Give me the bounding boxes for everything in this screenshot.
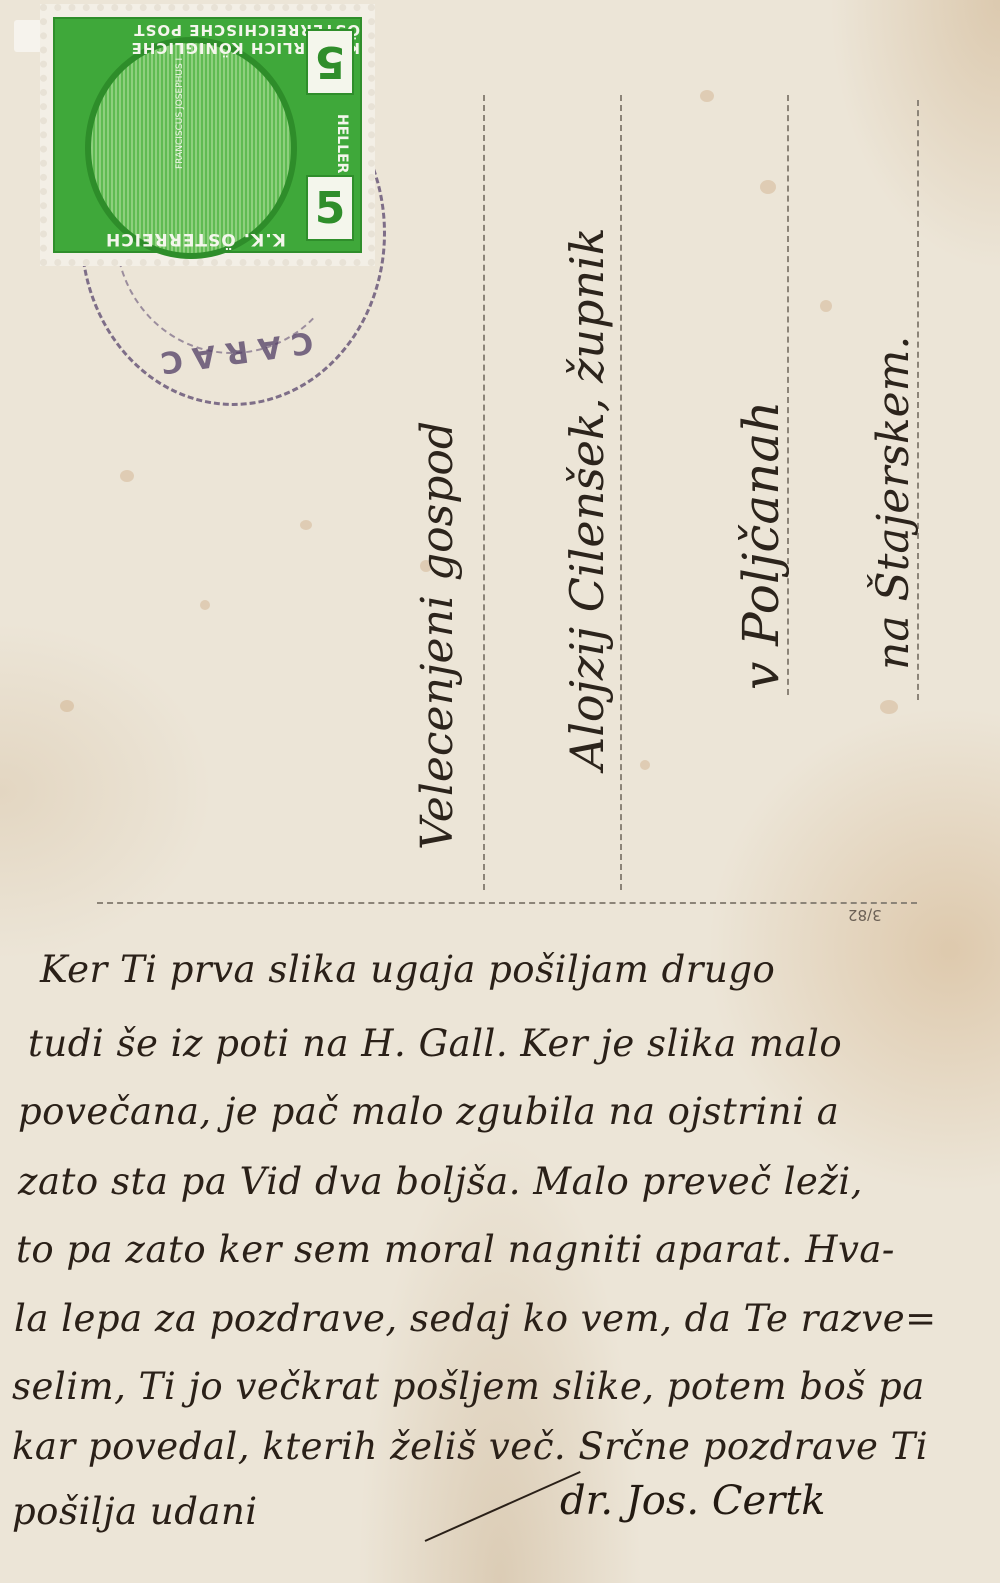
message-line: povečana, je pač malo zgubila na ojstrin… [18,1090,839,1133]
stamp-value-bottom: 5 [306,175,354,241]
message-line: tudi še iz poti na H. Gall. Ker je slika… [28,1022,842,1065]
address-line-recipient: Alojzij Cilenšek, župnik [560,227,614,770]
stain [120,470,134,482]
stamp-frame: KAISERLICH KÖNIGLICHE ÖSTERREICHISCHE PO… [53,17,362,253]
address-line-salutation: Velecenjeni gospod [412,421,463,850]
address-line-region: na Štajerskem. [868,336,919,670]
stain [200,600,210,610]
message-line: pošilja udani [12,1490,258,1533]
message-line: to pa zato ker sem moral nagniti aparat.… [16,1228,895,1271]
stain [640,760,650,770]
stain [60,700,74,712]
postage-stamp: KAISERLICH KÖNIGLICHE ÖSTERREICHISCHE PO… [40,4,375,266]
stain [760,180,776,194]
message-line: la lepa za pozdrave, sedaj ko vem, da Te… [14,1297,937,1340]
postcard: CARAC KAISERLICH KÖNIGLICHE ÖSTERREICHIS… [0,0,1000,1583]
message-line: kar povedal, kterih želiš več. Srčne poz… [12,1425,928,1468]
stamp-denomination: HELLER [334,114,350,173]
scan-artifact [14,20,42,52]
emperor-portrait-icon [85,37,297,259]
address-guide-line-2 [620,95,622,890]
stamp-value-top: 5 [306,29,354,95]
stamp-portrait-caption: FRANCISCUS JOSEPHUS I [175,58,185,169]
address-line-town: v Poljčanah [732,401,790,690]
message-line: zato sta pa Vid dva boljša. Malo preveč … [18,1160,863,1203]
signature: dr. Jos. Certk [560,1478,826,1524]
address-guide-line-1 [483,95,485,890]
message-line: Ker Ti prva slika ugaja pošiljam drugo [40,948,775,991]
message-line: selim, Ti jo večkrat pošljem slike, pote… [12,1365,925,1408]
signature-flourish [425,1471,581,1542]
stain [880,700,898,714]
divider-line [97,902,917,904]
stamp-ring-text-bottom: K.K. ÖSTERREICH [105,229,286,249]
print-number: 3/82 [848,906,882,924]
stain [820,300,832,312]
stain [700,90,714,102]
stain [300,520,312,530]
